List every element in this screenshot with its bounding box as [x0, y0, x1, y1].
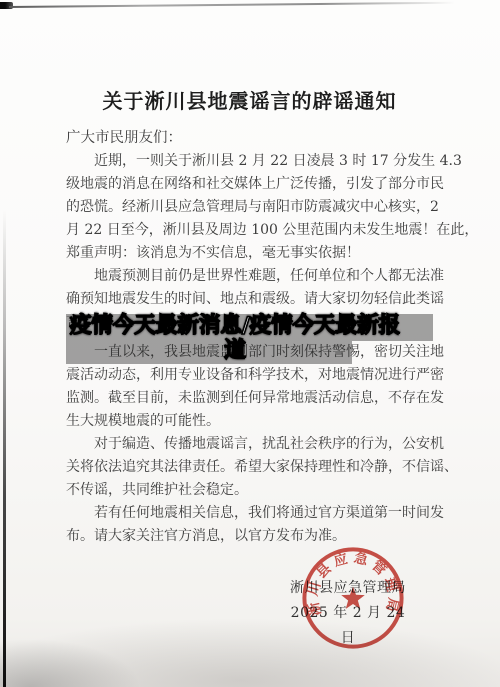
official-seal: 淅川县应急管理局	[300, 545, 406, 651]
notice-title: 关于淅川县地震谣言的辟谣通知	[66, 88, 433, 114]
notice-line: 若有任何地震相关信息，我们将通过官方渠道第一时间发	[66, 502, 433, 525]
notice-line: 关将依法追究其法律责任。希望大家保持理性和冷静，不信谣、	[66, 456, 433, 479]
notice-line: 震活动动态，利用专业设备和科学技术，对地震情况进行严密	[66, 364, 433, 387]
watermark-caption: 疫情今天最新消息/疫情今天最新报 道	[66, 313, 404, 363]
notice-line: 生大规模地震的可能性。	[66, 410, 433, 433]
notice-salutation: 广大市民朋友们：	[66, 127, 433, 150]
watermark-line-1: 疫情今天最新消息/疫情今天最新报	[66, 313, 404, 338]
notice-line: 的恐慌。经淅川县应急管理局与南阳市防震减灾中心核实，2	[66, 196, 433, 219]
notice-line: 近期，一则关于淅川县 2 月 22 日凌晨 3 时 17 分发生 4.3	[66, 150, 433, 173]
notice-line: 郑重声明：该消息为不实信息，毫无事实依据！	[66, 242, 433, 265]
seal-graphic: 淅川县应急管理局	[300, 545, 406, 651]
seal-arc-text: 淅川县应急管理局	[304, 549, 401, 618]
watermark-line-2: 道	[66, 338, 404, 363]
seal-star-icon	[341, 587, 364, 609]
notice-line: 监测。截至目前，未监测到任何异常地震活动信息，不存在发	[66, 387, 433, 410]
notice-document: 关于淅川县地震谣言的辟谣通知 广大市民朋友们： 近期，一则关于淅川县 2 月 2…	[66, 0, 433, 548]
notice-line: 地震预测目前仍是世界性难题，任何单位和个人都无法准	[66, 265, 433, 288]
document-photo: 关于淅川县地震谣言的辟谣通知 广大市民朋友们： 近期，一则关于淅川县 2 月 2…	[0, 0, 500, 687]
notice-line: 对于编造、传播地震谣言，扰乱社会秩序的行为，公安机	[66, 433, 433, 456]
notice-line: 级地震的消息在网络和社交媒体上广泛传播，引发了部分市民	[66, 173, 433, 196]
notice-line: 不传谣，共同维护社会稳定。	[66, 479, 433, 502]
notice-line: 确预知地震发生的时间、地点和震级。请大家切勿轻信此类谣	[66, 288, 433, 311]
scan-left-edge	[3, 210, 6, 687]
notice-line: 月 22 日至今，淅川县及周边 100 公里范围内未发生地震！在此，	[66, 219, 433, 242]
